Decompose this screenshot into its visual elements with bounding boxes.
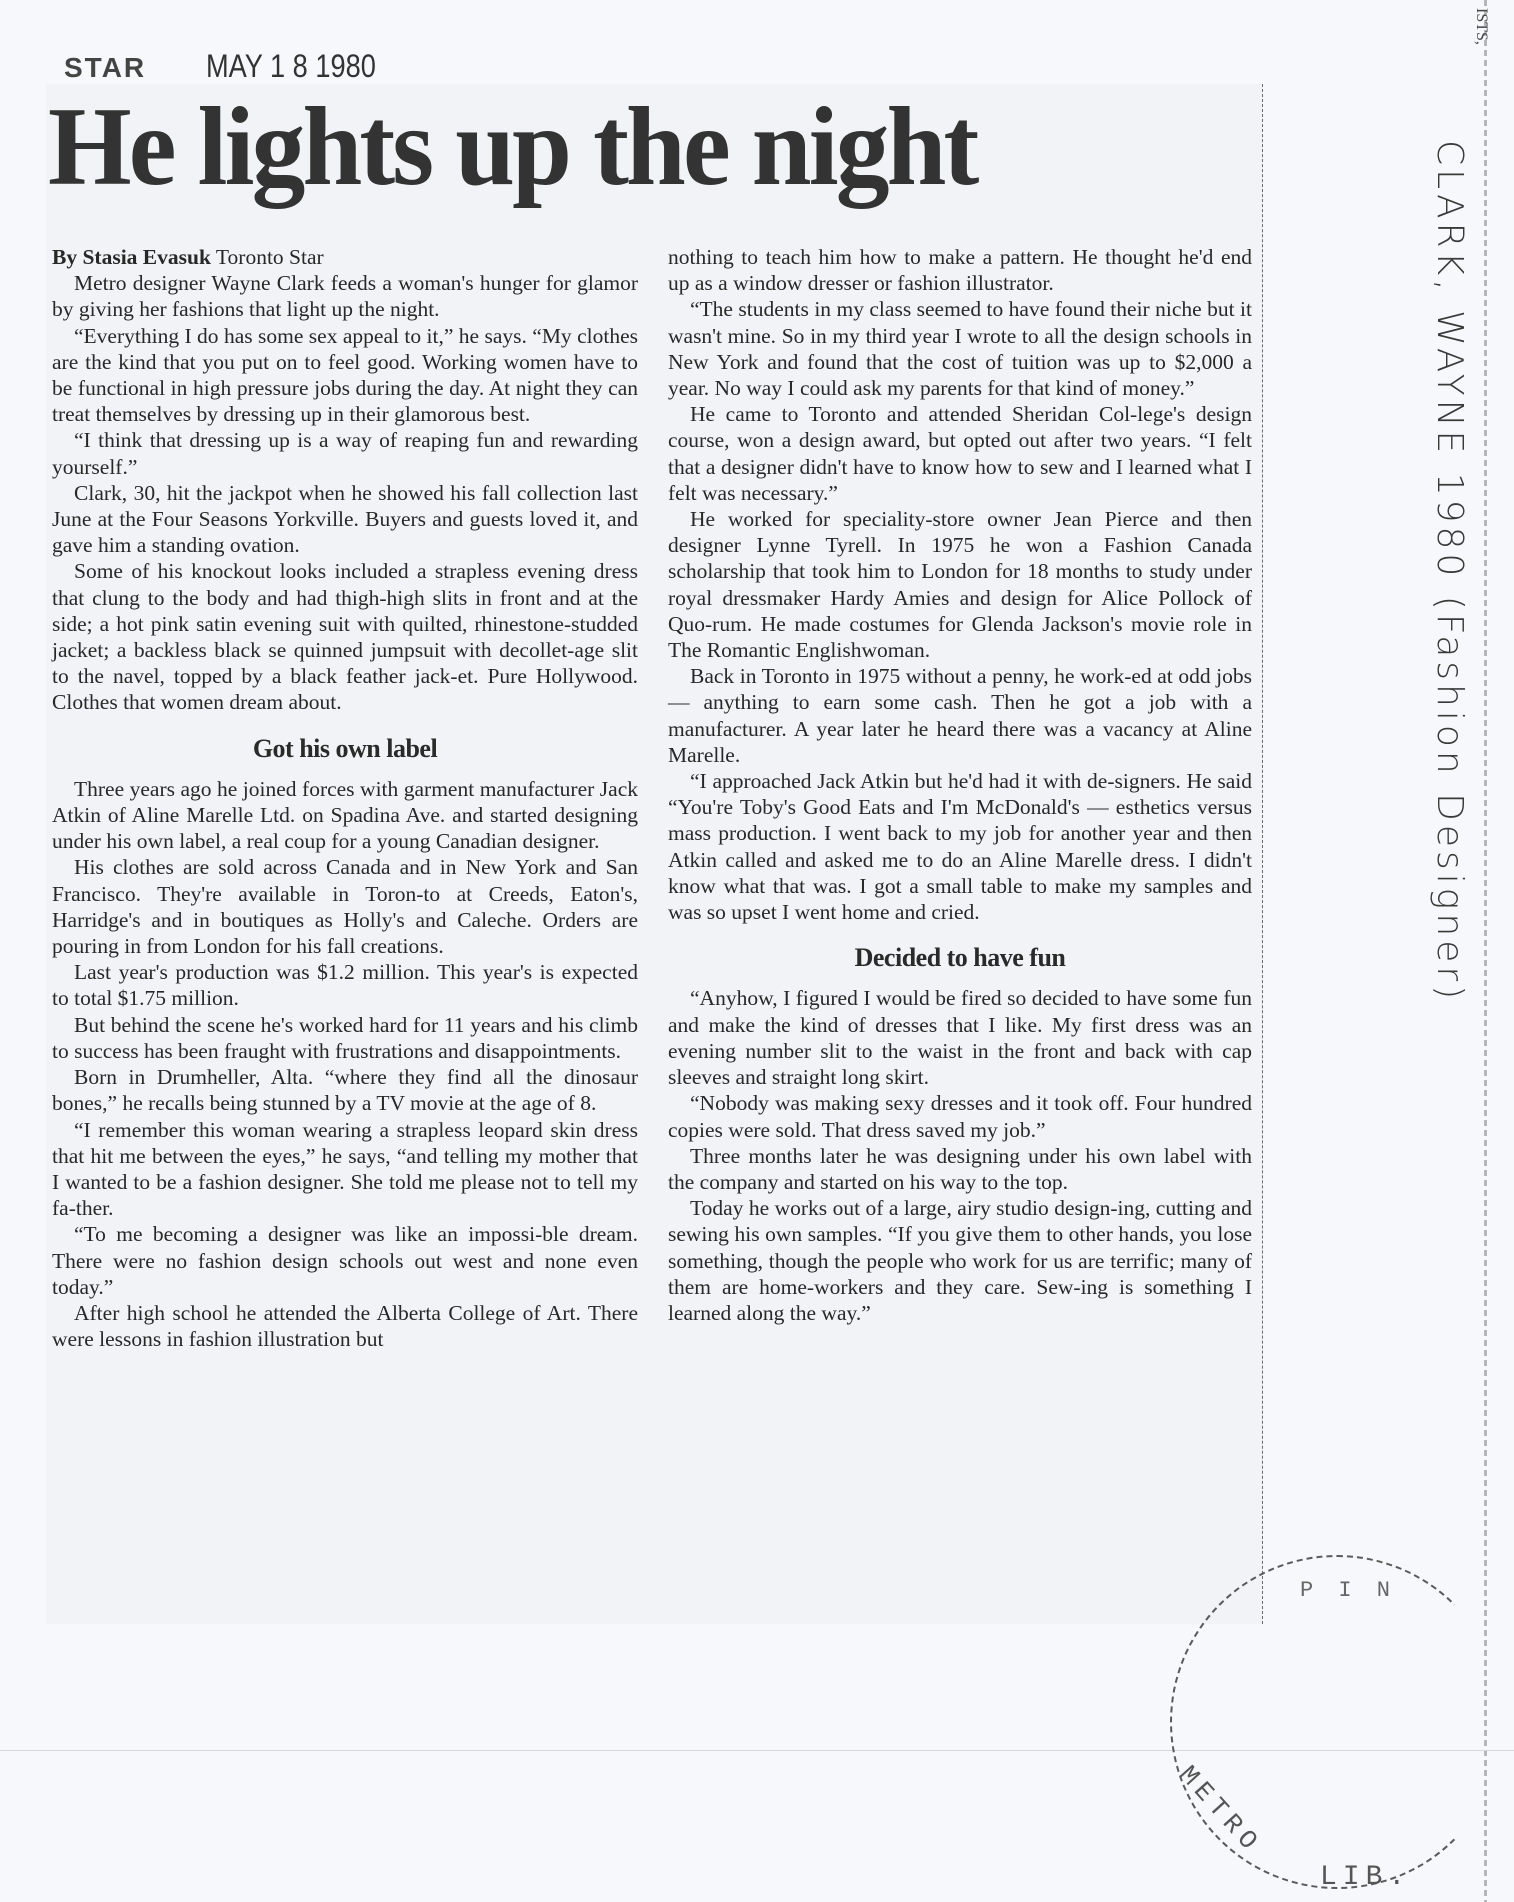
paragraph: “To me becoming a designer was like an i… (52, 1221, 638, 1300)
paragraph: Three months later he was designing unde… (668, 1143, 1252, 1195)
paragraph: Metro designer Wayne Clark feeds a woman… (52, 270, 638, 322)
subhead-got-his-own-label: Got his own label (52, 736, 638, 762)
byline-outlet: Toronto Star (216, 245, 324, 269)
paragraph: He worked for speciality-store owner Jea… (668, 506, 1252, 663)
paragraph: Today he works out of a large, airy stud… (668, 1195, 1252, 1326)
paragraph: “Anyhow, I figured I would be fired so d… (668, 985, 1252, 1090)
byline: By Stasia Evasuk Toronto Star (52, 244, 638, 270)
paragraph: Last year's production was $1.2 million.… (52, 959, 638, 1011)
paragraph: But behind the scene he's worked hard fo… (52, 1012, 638, 1064)
paragraph: After high school he attended the Albert… (52, 1300, 638, 1352)
paragraph: “I remember this woman wearing a straple… (52, 1117, 638, 1222)
library-stamp-circle-icon (1170, 1555, 1504, 1889)
paragraph: Three years ago he joined forces with ga… (52, 776, 638, 855)
paragraph: “The students in my class seemed to have… (668, 296, 1252, 401)
paragraph: “I think that dressing up is a way of re… (52, 427, 638, 479)
paragraph: Some of his knockout looks included a st… (52, 558, 638, 715)
handwritten-annotation: CLARK, WAYNE 1980 (Fashion Designer) (1429, 140, 1470, 1003)
paragraph: nothing to teach him how to make a patte… (668, 244, 1252, 296)
paragraph: “I approached Jack Atkin but he'd had it… (668, 768, 1252, 925)
binding-edge (1484, 0, 1487, 1902)
masthead: STAR MAY 1 8 1980 (64, 48, 406, 85)
stamp-top-text: P I N (1300, 1578, 1396, 1603)
byline-author: By Stasia Evasuk (52, 245, 211, 269)
edge-label: ISTS, (1472, 8, 1490, 45)
paragraph: Back in Toronto in 1975 without a penny,… (668, 663, 1252, 768)
date-stamp: MAY 1 8 1980 (206, 48, 376, 85)
paragraph: “Everything I do has some sex appeal to … (52, 323, 638, 428)
article-column-right: nothing to teach him how to make a patte… (668, 244, 1252, 1326)
headline: He lights up the night (48, 82, 1200, 212)
stamp-bottom-text-lib: LIB. (1320, 1862, 1411, 1893)
paragraph: His clothes are sold across Canada and i… (52, 854, 638, 959)
newspaper-name: STAR (64, 52, 146, 84)
paragraph: “Nobody was making sexy dresses and it t… (668, 1090, 1252, 1142)
paragraph: Clark, 30, hit the jackpot when he showe… (52, 480, 638, 559)
paragraph: He came to Toronto and attended Sheridan… (668, 401, 1252, 506)
article-column-left: By Stasia Evasuk Toronto Star Metro desi… (52, 244, 638, 1352)
subhead-decided-to-have-fun: Decided to have fun (668, 945, 1252, 971)
paragraph: Born in Drumheller, Alta. “where they fi… (52, 1064, 638, 1116)
